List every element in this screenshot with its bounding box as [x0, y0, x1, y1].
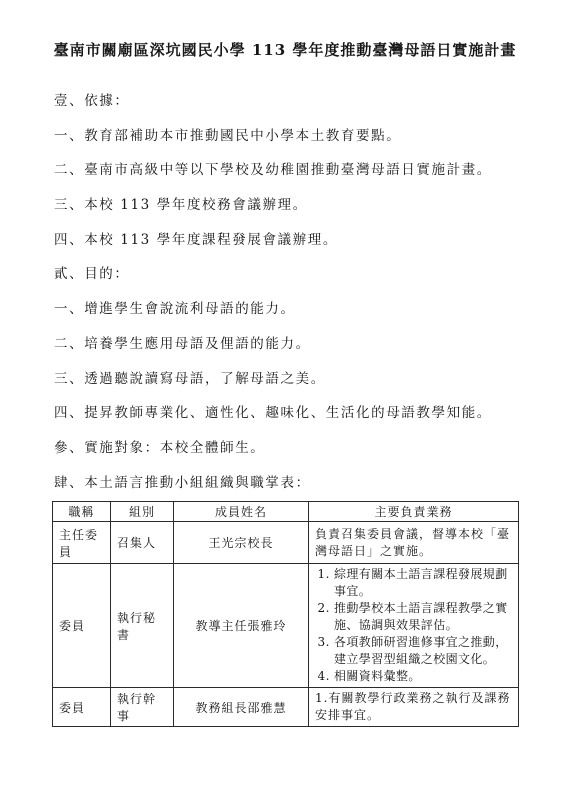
- duty-item: 相關資料彙整。: [334, 668, 512, 685]
- duties-numbered-list: 綜理有關本土語言課程發展規劃事宜。 推動學校本土語言課程教學之實施、協調與效果評…: [315, 566, 512, 685]
- cell-role: 主任委員: [53, 522, 111, 564]
- table-header-row: 職稱 組別 成員姓名 主要負責業務: [53, 502, 519, 522]
- cell-group: 執行幹事: [111, 688, 174, 727]
- section-heading-committee: 肆、本土語言推動小組組織與職掌表：: [50, 466, 520, 501]
- table-row-secretary: 委員 執行秘書 教導主任張雅玲 綜理有關本土語言課程發展規劃事宜。 推動學校本土…: [53, 564, 519, 688]
- document-title: 臺南市關廟區深坑國民小學 113 學年度推動臺灣母語日實施計畫: [50, 40, 520, 60]
- basis-item-1: 一、教育部補助本市推動國民中小學本土教育要點。: [50, 119, 520, 154]
- column-header-duties: 主要負責業務: [309, 502, 519, 522]
- purpose-item-2: 二、培養學生應用母語及俚語的能力。: [50, 327, 520, 362]
- cell-duties: 綜理有關本土語言課程發展規劃事宜。 推動學校本土語言課程教學之實施、協調與效果評…: [309, 564, 519, 688]
- cell-group: 召集人: [111, 522, 174, 564]
- duty-text: 負責召集委員會議，督導本校「臺灣母語日」之實施。: [315, 526, 512, 560]
- duty-item: 推動學校本土語言課程教學之實施、協調與效果評估。: [334, 600, 512, 634]
- cell-member: 教務組長邵雅慧: [174, 688, 309, 727]
- duty-item: 各項教師研習進修事宜之推動，建立學習型組織之校園文化。: [334, 634, 512, 668]
- table-row-chair: 主任委員 召集人 王光宗校長 負責召集委員會議，督導本校「臺灣母語日」之實施。: [53, 522, 519, 564]
- cell-duties: 1.有關教學行政業務之執行及課務安排事宜。: [309, 688, 519, 727]
- table-row-clerk: 委員 執行幹事 教務組長邵雅慧 1.有關教學行政業務之執行及課務安排事宜。: [53, 688, 519, 727]
- document-body: 壹、依據： 一、教育部補助本市推動國民中小學本土教育要點。 二、臺南市高級中等以…: [50, 84, 520, 500]
- section-heading-target: 參、實施對象：本校全體師生。: [50, 431, 520, 466]
- column-header-member: 成員姓名: [174, 502, 309, 522]
- cell-role: 委員: [53, 688, 111, 727]
- cell-member: 王光宗校長: [174, 522, 309, 564]
- column-header-group: 組別: [111, 502, 174, 522]
- cell-member: 教導主任張雅玲: [174, 564, 309, 688]
- purpose-item-1: 一、增進學生會說流利母語的能力。: [50, 292, 520, 327]
- committee-table: 職稱 組別 成員姓名 主要負責業務 主任委員 召集人 王光宗校長 負責召集委員會…: [52, 501, 519, 727]
- purpose-item-4: 四、提昇教師專業化、適性化、趣味化、生活化的母語教學知能。: [50, 396, 520, 431]
- duty-text: 1.有關教學行政業務之執行及課務安排事宜。: [315, 690, 512, 724]
- cell-role: 委員: [53, 564, 111, 688]
- document-page: 臺南市關廟區深坑國民小學 113 學年度推動臺灣母語日實施計畫 壹、依據： 一、…: [0, 0, 566, 800]
- basis-item-4: 四、本校 113 學年度課程發展會議辦理。: [50, 223, 520, 258]
- duty-item: 綜理有關本土語言課程發展規劃事宜。: [334, 566, 512, 600]
- basis-item-3: 三、本校 113 學年度校務會議辦理。: [50, 188, 520, 223]
- purpose-item-3: 三、透過聽說讀寫母語，了解母語之美。: [50, 362, 520, 397]
- section-heading-purpose: 貳、目的：: [50, 257, 520, 292]
- basis-item-2: 二、臺南市高級中等以下學校及幼稚園推動臺灣母語日實施計畫。: [50, 153, 520, 188]
- cell-group: 執行秘書: [111, 564, 174, 688]
- section-heading-basis: 壹、依據：: [50, 84, 520, 119]
- column-header-role: 職稱: [53, 502, 111, 522]
- cell-duties: 負責召集委員會議，督導本校「臺灣母語日」之實施。: [309, 522, 519, 564]
